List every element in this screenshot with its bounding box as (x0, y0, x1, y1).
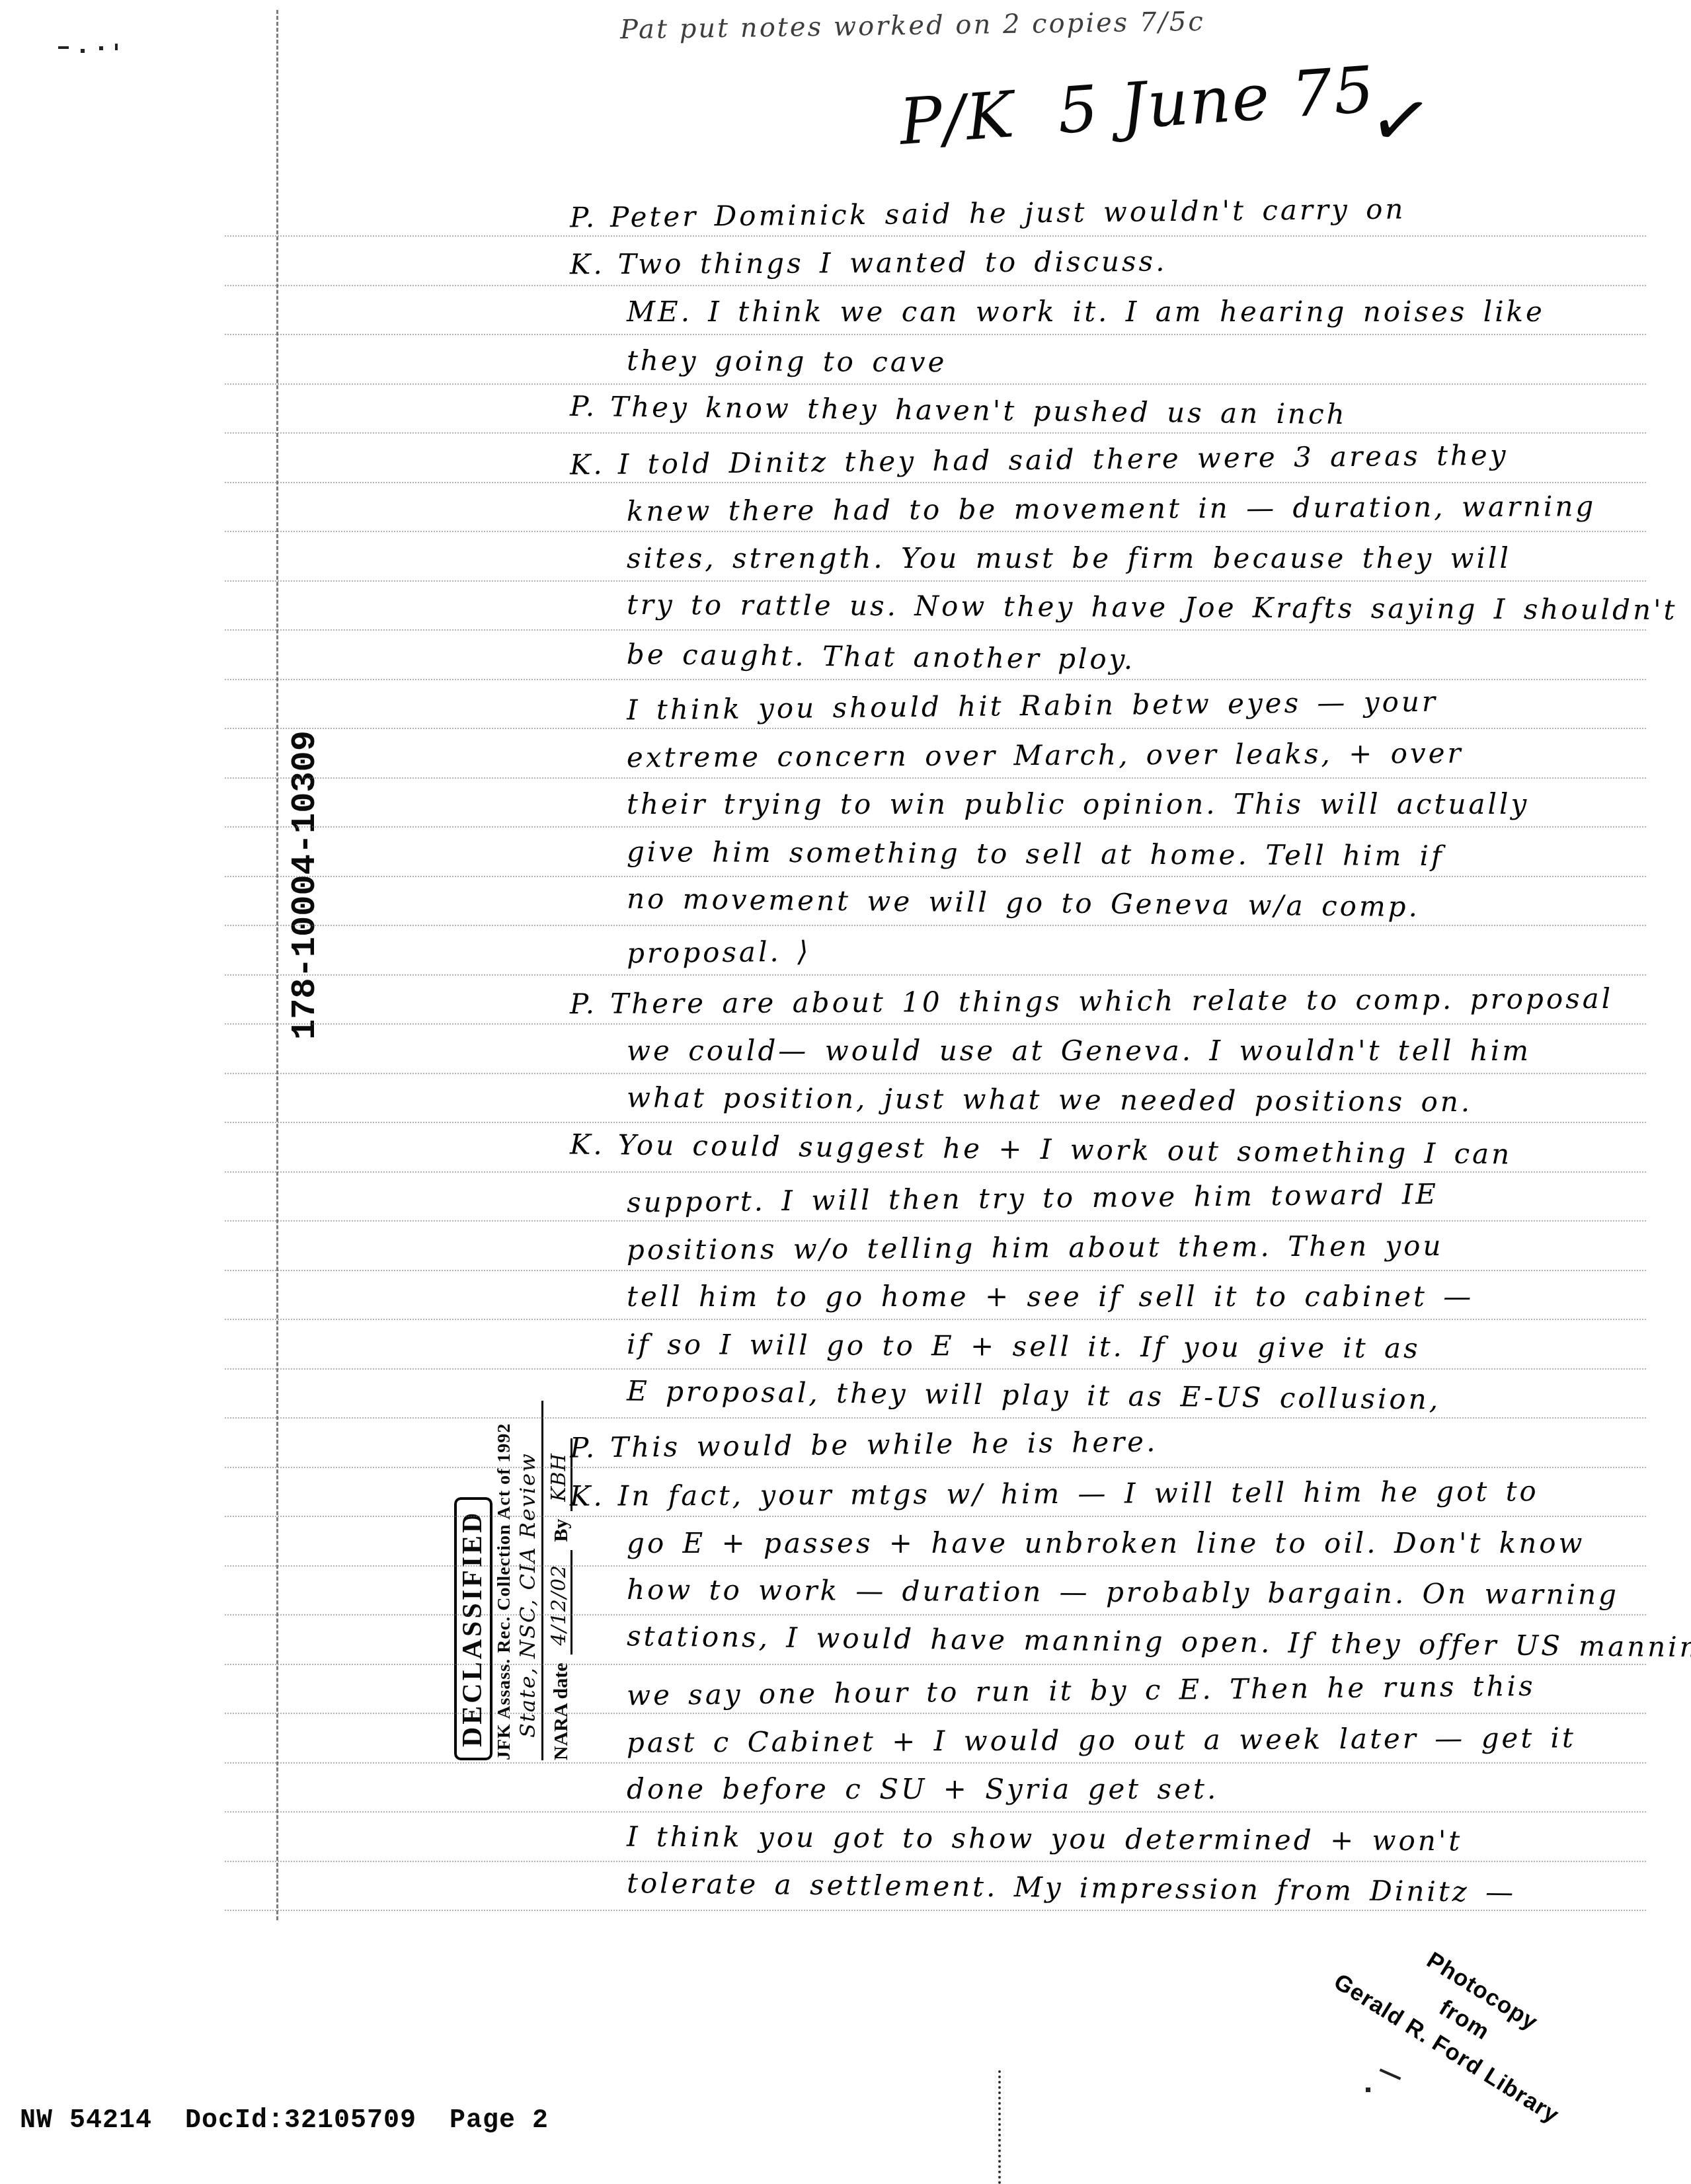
handwriting-line: ME. I think we can work it. I am hearing… (627, 295, 1545, 328)
ruled-line (225, 383, 1646, 385)
scan-speck (1366, 2087, 1370, 2092)
photocopy-stamp: Photocopy from Gerald R. Ford Library (1303, 1893, 1626, 2146)
handwriting-text: support. I will then try to move him tow… (627, 1178, 1438, 1219)
handwriting-text: Peter Dominick said he just wouldn't car… (610, 192, 1406, 233)
handwriting-line: if so I will go to E + sell it. If you g… (627, 1327, 1421, 1364)
ruled-line (225, 1762, 1646, 1764)
handwriting-line: K.I told Dinitz they had said there were… (570, 438, 1509, 481)
handwriting-text: I told Dinitz they had said there were 3… (618, 438, 1509, 480)
handwriting-line: K.You could suggest he + I work out some… (570, 1128, 1513, 1170)
ruled-line (225, 235, 1646, 237)
handwriting-text: extreme concern over March, over leaks, … (627, 736, 1464, 773)
ruled-line (225, 1811, 1646, 1813)
ruled-line (225, 1368, 1646, 1370)
ruled-line (225, 1417, 1646, 1419)
handwriting-line: E proposal, they will play it as E-US co… (627, 1375, 1441, 1416)
ruled-line (225, 580, 1646, 582)
handwriting-line: how to work — duration — probably bargai… (627, 1573, 1619, 1611)
handwriting-line: support. I will then try to move him tow… (627, 1178, 1438, 1219)
handwriting-text: what position, just what we needed posit… (627, 1081, 1472, 1118)
handwriting-line: their trying to win public opinion. This… (627, 788, 1529, 820)
declassified-stamp-agencies: State, NSC, CIA Review (515, 1401, 543, 1760)
handwriting-text: Two things I wanted to discuss. (618, 245, 1167, 280)
ruled-line (225, 974, 1646, 976)
handwriting-line: K.Two things I wanted to discuss. (570, 245, 1167, 280)
ruled-line (225, 1516, 1646, 1517)
handwriting-text: proposal. ⟩ (627, 935, 811, 969)
handwriting-line: we say one hour to run it by c E. Then h… (627, 1670, 1536, 1711)
handwriting-text: we say one hour to run it by c E. Then h… (627, 1670, 1536, 1711)
ruled-line (225, 1664, 1646, 1665)
ruled-line (225, 1614, 1646, 1616)
ruled-line (225, 1319, 1646, 1320)
handwriting-text: stations, I would have manning open. If … (627, 1619, 1691, 1663)
handwriting-line: done before c SU + Syria get set. (627, 1773, 1218, 1805)
handwriting-text: You could suggest he + I work out someth… (618, 1128, 1513, 1170)
handwriting-line: knew there had to be movement in — durat… (627, 490, 1596, 527)
ruled-line (225, 1023, 1646, 1025)
nara-date-label: NARA date (550, 1663, 572, 1761)
handwriting-line: I think you got to show you determined +… (627, 1820, 1463, 1857)
handwriting-text: if so I will go to E + sell it. If you g… (627, 1327, 1421, 1364)
ruled-line (225, 1565, 1646, 1567)
handwriting-line: past c Cabinet + I would go out a week l… (627, 1721, 1576, 1759)
handwriting-text: go E + passes + have unbroken line to oi… (627, 1527, 1585, 1559)
document-page: Pat put notes worked on 2 copies 7/5c P/… (0, 0, 1691, 2184)
handwriting-text: their trying to win public opinion. This… (627, 788, 1529, 820)
ruled-line (225, 876, 1646, 877)
handwriting-text: we could— would use at Geneva. I wouldn'… (627, 1034, 1531, 1067)
ruled-line (225, 777, 1646, 779)
handwriting-text: done before c SU + Syria get set. (627, 1773, 1218, 1805)
handwriting-text: I think you should hit Rabin betw eyes —… (627, 685, 1438, 726)
ruled-line (225, 1073, 1646, 1074)
handwriting-line: go E + passes + have unbroken line to oi… (627, 1527, 1585, 1559)
declassified-stamp-nara-row: NARA date 4/12/02 By KBH (547, 1384, 572, 1760)
handwriting-text: ME. I think we can work it. I am hearing… (627, 295, 1545, 328)
footer-docid: NW 54214 DocId:32105709 Page 2 (20, 2106, 549, 2136)
handwriting-text: try to rattle us. Now they have Joe Kraf… (627, 588, 1678, 626)
handwriting-line: P.Peter Dominick said he just wouldn't c… (570, 192, 1406, 233)
declassified-stamp-act-line: JFK Assass. Rec. Collection Act of 1992 (494, 1384, 515, 1760)
declassified-stamp: DECLASSIFIED JFK Assass. Rec. Collection… (454, 1384, 584, 1760)
handwriting-text: tell him to go home + see if sell it to … (627, 1280, 1474, 1313)
ruled-line (225, 728, 1646, 729)
speaker-label: K. (570, 1480, 605, 1512)
handwriting-line: try to rattle us. Now they have Joe Kraf… (627, 588, 1678, 626)
handwriting-line: extreme concern over March, over leaks, … (627, 736, 1464, 773)
ruled-line (225, 1270, 1646, 1271)
scan-speck (81, 49, 85, 53)
handwriting-line: positions w/o telling him about them. Th… (627, 1229, 1444, 1265)
ruled-line (225, 679, 1646, 680)
left-margin-rule (276, 10, 278, 1920)
handwriting-line: we could— would use at Geneva. I wouldn'… (627, 1034, 1531, 1067)
handwriting-text: tolerate a settlement. My impression fro… (627, 1867, 1516, 1908)
handwriting-line: they going to cave (627, 344, 947, 378)
ruled-line (225, 482, 1646, 483)
handwriting-line: be caught. That another ploy. (627, 637, 1136, 675)
record-number-vertical: 178-10004-10309 (286, 730, 333, 1040)
handwriting-text: how to work — duration — probably bargai… (627, 1573, 1619, 1611)
photocopy-stamp-line: from (1321, 1922, 1608, 2118)
ruled-line (225, 334, 1646, 335)
handwriting-line: P.This would be while he is here. (570, 1425, 1158, 1463)
speaker-label: K. (570, 248, 605, 280)
speaker-label: K. (570, 448, 605, 481)
handwriting-text: no movement we will go to Geneva w/a com… (627, 882, 1420, 923)
handwriting-text: past c Cabinet + I would go out a week l… (627, 1721, 1576, 1759)
ruled-line (225, 1861, 1646, 1862)
handwriting-text: knew there had to be movement in — durat… (627, 490, 1596, 527)
checkmark-icon: ✓ (1363, 73, 1438, 168)
ruled-line (225, 1467, 1646, 1468)
handwriting-text: This would be while he is here. (610, 1425, 1158, 1463)
handwriting-line: proposal. ⟩ (627, 935, 811, 969)
bottom-dotted-line (998, 2070, 1001, 2184)
scan-speck (1380, 2068, 1401, 2080)
scan-speck (115, 44, 118, 50)
handwriting-line: K.In fact, your mtgs w/ him — I will tel… (570, 1475, 1539, 1512)
scan-speck (99, 46, 103, 50)
ruled-line (225, 531, 1646, 532)
ruled-line (225, 1220, 1646, 1222)
handwriting-line: tolerate a settlement. My impression fro… (627, 1867, 1516, 1908)
handwriting-text: be caught. That another ploy. (627, 637, 1136, 675)
speaker-label: K. (570, 1128, 605, 1161)
handwriting-text: There are about 10 things which relate t… (610, 982, 1613, 1020)
handwriting-line: P.There are about 10 things which relate… (570, 982, 1613, 1020)
speaker-label: P. (570, 390, 598, 422)
by-initials: KBH (547, 1438, 572, 1511)
top-annotation: Pat put notes worked on 2 copies 7/5c (620, 7, 1205, 45)
speaker-label: P. (570, 201, 598, 233)
handwriting-line: what position, just what we needed posit… (627, 1081, 1472, 1118)
handwriting-line: I think you should hit Rabin betw eyes —… (627, 685, 1438, 726)
scan-speck (58, 46, 69, 49)
ruled-line (225, 629, 1646, 631)
handwriting-line: tell him to go home + see if sell it to … (627, 1280, 1474, 1313)
ruled-line (225, 1122, 1646, 1123)
ruled-line (225, 1713, 1646, 1714)
handwriting-line: no movement we will go to Geneva w/a com… (627, 882, 1420, 923)
handwriting-line: sites, strength. You must be firm becaus… (627, 542, 1511, 574)
ruled-line (225, 1910, 1646, 1911)
handwriting-text: E proposal, they will play it as E-US co… (627, 1375, 1441, 1416)
handwriting-text: They know they haven't pushed us an inch (610, 390, 1347, 430)
handwriting-line: give him something to sell at home. Tell… (627, 835, 1444, 871)
handwriting-text: they going to cave (627, 344, 947, 378)
speaker-label: P. (570, 988, 597, 1020)
ruled-line (225, 925, 1646, 926)
handwriting-text: give him something to sell at home. Tell… (627, 835, 1444, 871)
ruled-line (225, 826, 1646, 828)
handwriting-text: I think you got to show you determined +… (627, 1820, 1463, 1857)
handwriting-line: P.They know they haven't pushed us an in… (570, 390, 1347, 430)
ruled-line (225, 285, 1646, 286)
ruled-line (225, 432, 1646, 434)
handwriting-text: positions w/o telling him about them. Th… (627, 1229, 1444, 1265)
by-label: By (550, 1519, 572, 1542)
handwriting-text: sites, strength. You must be firm becaus… (627, 542, 1511, 574)
declassified-stamp-title: DECLASSIFIED (454, 1497, 492, 1760)
handwriting-line: stations, I would have manning open. If … (627, 1619, 1691, 1663)
handwriting-text: In fact, your mtgs w/ him — I will tell … (618, 1475, 1539, 1512)
speaker-label: P. (570, 1431, 598, 1463)
ruled-line (225, 1171, 1646, 1173)
page-title: P/K 5 June 75 (897, 52, 1378, 159)
